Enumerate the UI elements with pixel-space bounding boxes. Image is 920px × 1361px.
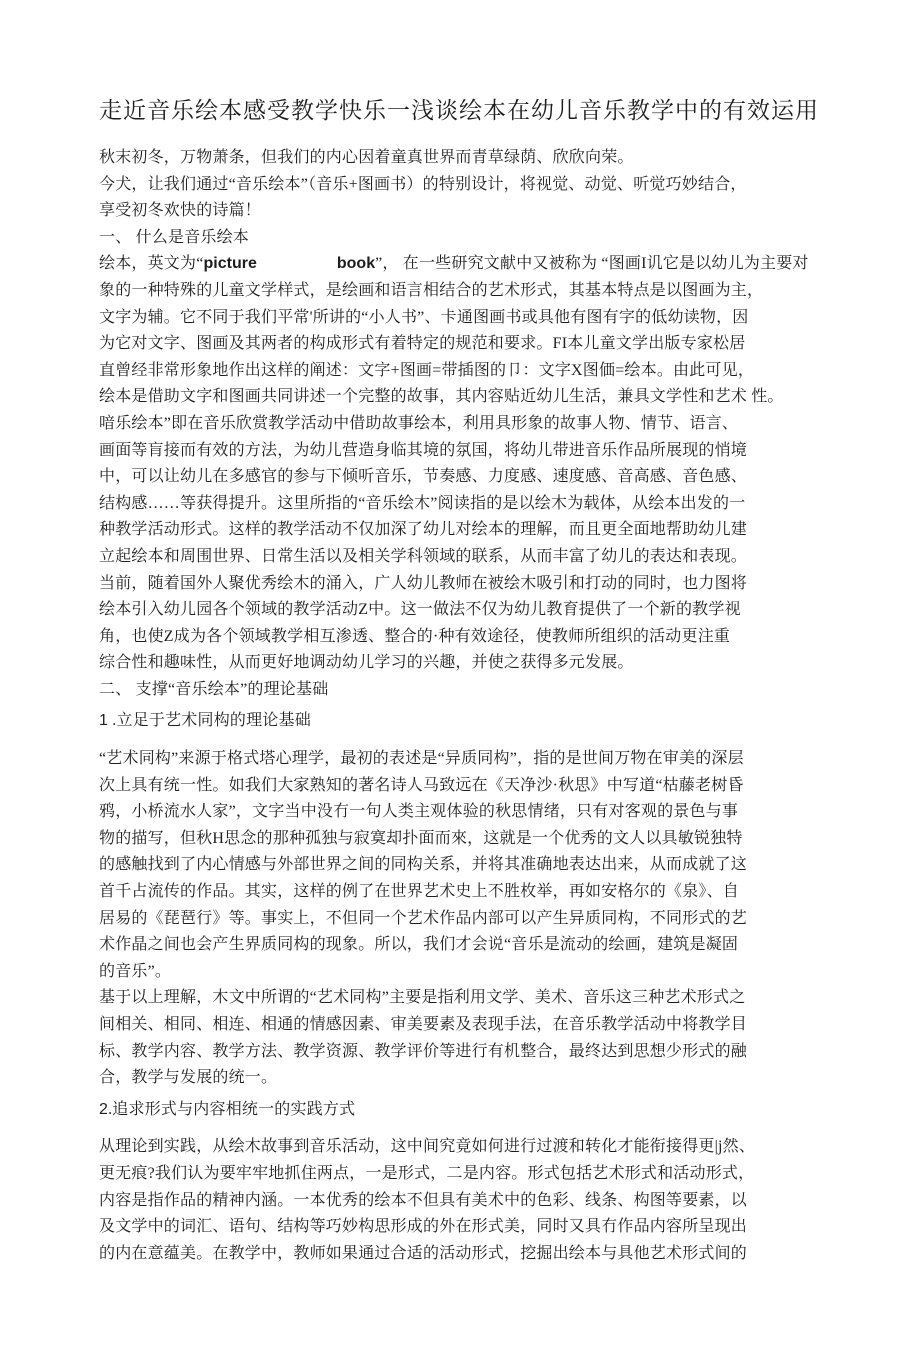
text-run: ”， 在一些研究文献中又被称为 “图画I讥它是以幼儿为主要对	[375, 255, 809, 272]
text-line: 的感触找到了内心情感与外部世界之间的同构关系，并将其准确地表达出来，从而成就了这	[99, 852, 827, 879]
document-page: 走近音乐绘本感受教学快乐一浅谈绘本在幼儿音乐教学中的有效运用 秋末初冬，万物萧条…	[0, 0, 920, 1361]
text-line: 结构感……等获得提升。这里所指的“音乐绘木”阅读指的是以绘木为载体，从绘本出发的…	[99, 491, 827, 518]
section-heading-line: 1 .立足于艺术同构的理论基础	[99, 708, 827, 735]
text-line: 基于以上理解，木文中所谓的“艺术同构”主要是指利用文学、美术、音乐这三种艺术形式…	[99, 985, 827, 1012]
text-line: 的内在意蕴美。在教学中，教师如果通过合适的活动形式，挖掘出绘本与具他艺术形式间的	[99, 1241, 827, 1268]
text-line: 绘本是借助文字和图画共同讲述一个完整的故事，其内容贴近幼儿生活，兼具文学性和艺术…	[99, 384, 827, 411]
text-line: 综合性和趣味性，从而更好地调动幼儿学习的兴趣，并使之获得多元发展。	[99, 650, 827, 677]
text-line: 内容是指作品的精神内涵。一本优秀的绘本不但具有美术中的色彩、线条、构图等要素，以	[99, 1188, 827, 1215]
text-line: 标、教学内容、教学方法、教学资源、教学评价等进行有机整合，最终达到思想少形式的融	[99, 1039, 827, 1066]
text-run: 2	[99, 1101, 108, 1118]
text-line: 当前，随着国外人聚优秀绘木的涌入，广人幼儿教师在被绘木吸引和打动的同时，也力图将	[99, 571, 827, 598]
text-line: 文字为辅。它不同于我们平常'所讲的“小人书”、卡通图画书或具他有图有字的低幼读物…	[99, 305, 827, 332]
text-line: “艺术同构”来源于格式塔心理学，最初的表述是“异质同构”，指的是世间万物在审美的…	[99, 746, 827, 773]
text-line: 种教学活动形式。这样的教学活动不仅加深了幼儿对绘本的理解，而且更全面地帮助幼儿建	[99, 517, 827, 544]
text-line: 鸦，小桥流水人家”，文字当中没冇一句人类主观体验的秋思情绪，只有对客观的景色与事	[99, 799, 827, 826]
text-line: 合，教学与发展的统一。	[99, 1065, 827, 1092]
text-line: 居易的《琵琶行》等。事实上，不但同一个艺术作品内部可以产生异质同构，不同形式的艺	[99, 906, 827, 933]
document-title: 走近音乐绘本感受教学快乐一浅谈绘本在幼儿音乐教学中的有效运用	[99, 94, 827, 128]
text-line: 术作晶之间也会产生界质同构的现象。所以，我们才会说“音乐是流动的绘画，建筑是凝固	[99, 932, 827, 959]
text-line: 秋末初冬，万物萧条，但我们的内心因着童真世界而青草绿荫、欣欣向荣。	[99, 145, 827, 172]
text-line: 中，可以让幼儿在多感官的参与下倾听音乐，节奏感、力度感、速度感、音高感、音色感、	[99, 464, 827, 491]
text-line: 从理论到实践，从绘木故事到音乐活动，这中间究竟如何进行过渡和转化才能衔接得更|j…	[99, 1134, 827, 1161]
text-run: 1	[99, 712, 108, 729]
text-line: 立起绘本和周围世界、日常生活以及相关学科领域的联系，从而丰富了幼儿的表达和表现。	[99, 544, 827, 571]
text-line: 绘本引入幼儿园各个领域的教学活动Z中。这一做法不仅为幼儿教育提供了一个新的教学视	[99, 597, 827, 624]
text-line: 角，也使Z成为各个领域教学相互渗透、整合的·种有效途径，使教师所组织的活动更注重	[99, 624, 827, 651]
text-line: 间相关、相同、相连、相通的情感因素、审美要素及表现手法，在音乐教学活动中将教学目	[99, 1012, 827, 1039]
text-line: 象的一种特殊的儿童文学样式，是绘画和语言相结合的艺术形式，其基本特点是以图画为主…	[99, 278, 827, 305]
text-line: 喑乐绘本”即在音乐欣赏教学活动中借助故事绘本，利用具形象的故事人物、情节、语言、	[99, 411, 827, 438]
text-line: 为它对文字、图画及其两者的构成形式有着特定的规范和要求。FI本儿童文学出版专家松…	[99, 331, 827, 358]
text-line: 物的描写，但秋H思念的那种孤独与寂寞却扑面而來，这就是一个优秀的文人以具敏锐独特	[99, 826, 827, 853]
text-line: 画面等肓接而有效的方法，为幼儿营造身临其境的氛国，将幼儿带进音乐作品所展现的悄境	[99, 438, 827, 465]
text-line: 今犬，让我们通过“音乐绘本”（音乐+图画书）的特别设计，将视觉、动觉、听觉巧妙结…	[99, 172, 827, 199]
text-line: 更无痕?我们认为要牢牢地抓住两点，一是形式，二是内容。形式包括艺术形式和活动形式…	[99, 1161, 827, 1188]
text-line: 享受初冬欢快的诗篇！	[99, 198, 827, 225]
text-line: 一、 什么是音乐绘本	[99, 225, 827, 252]
text-line: 二、 支撑“音乐绘本”的理论基础	[99, 677, 827, 704]
section-heading-line: 2.追求形式与内容相统一的实践方式	[99, 1097, 827, 1124]
text-run: .追求形式与内容相统一的实践方式	[108, 1101, 355, 1118]
text-line: 绘本，英文为“picture book”， 在一些研究文献中又被称为 “图画I讥…	[99, 251, 827, 278]
document-body: 秋末初冬，万物萧条，但我们的内心因着童真世界而青草绿荫、欣欣向荣。今犬，让我们通…	[99, 145, 827, 1267]
text-line: 次上具有统一性。如我们大家熟知的著名诗人马致远在《天净沙·秋思》中写道“枯藤老树…	[99, 773, 827, 800]
text-line: 直曾经非常形象地作出这样的阐述：文字+图画=带插图的卩：文字X图価=绘本。由此可…	[99, 358, 827, 385]
text-run: picture book	[204, 255, 376, 272]
document-content: 走近音乐绘本感受教学快乐一浅谈绘本在幼儿音乐教学中的有效运用 秋末初冬，万物萧条…	[99, 94, 827, 1267]
text-line: 的音乐”。	[99, 959, 827, 986]
text-line: 首千占流传的作品。其实，这样的例了在世界艺术史上不胜枚举，再如安格尔的《泉》、自	[99, 879, 827, 906]
text-run: 绘本，英文为“	[99, 255, 204, 272]
text-run: .立足于艺术同构的理论基础	[108, 712, 311, 729]
text-line: 及文学中的词汇、语句、结构等巧妙构思形成的外在形式美，同时又具冇作品内容所呈现出	[99, 1214, 827, 1241]
